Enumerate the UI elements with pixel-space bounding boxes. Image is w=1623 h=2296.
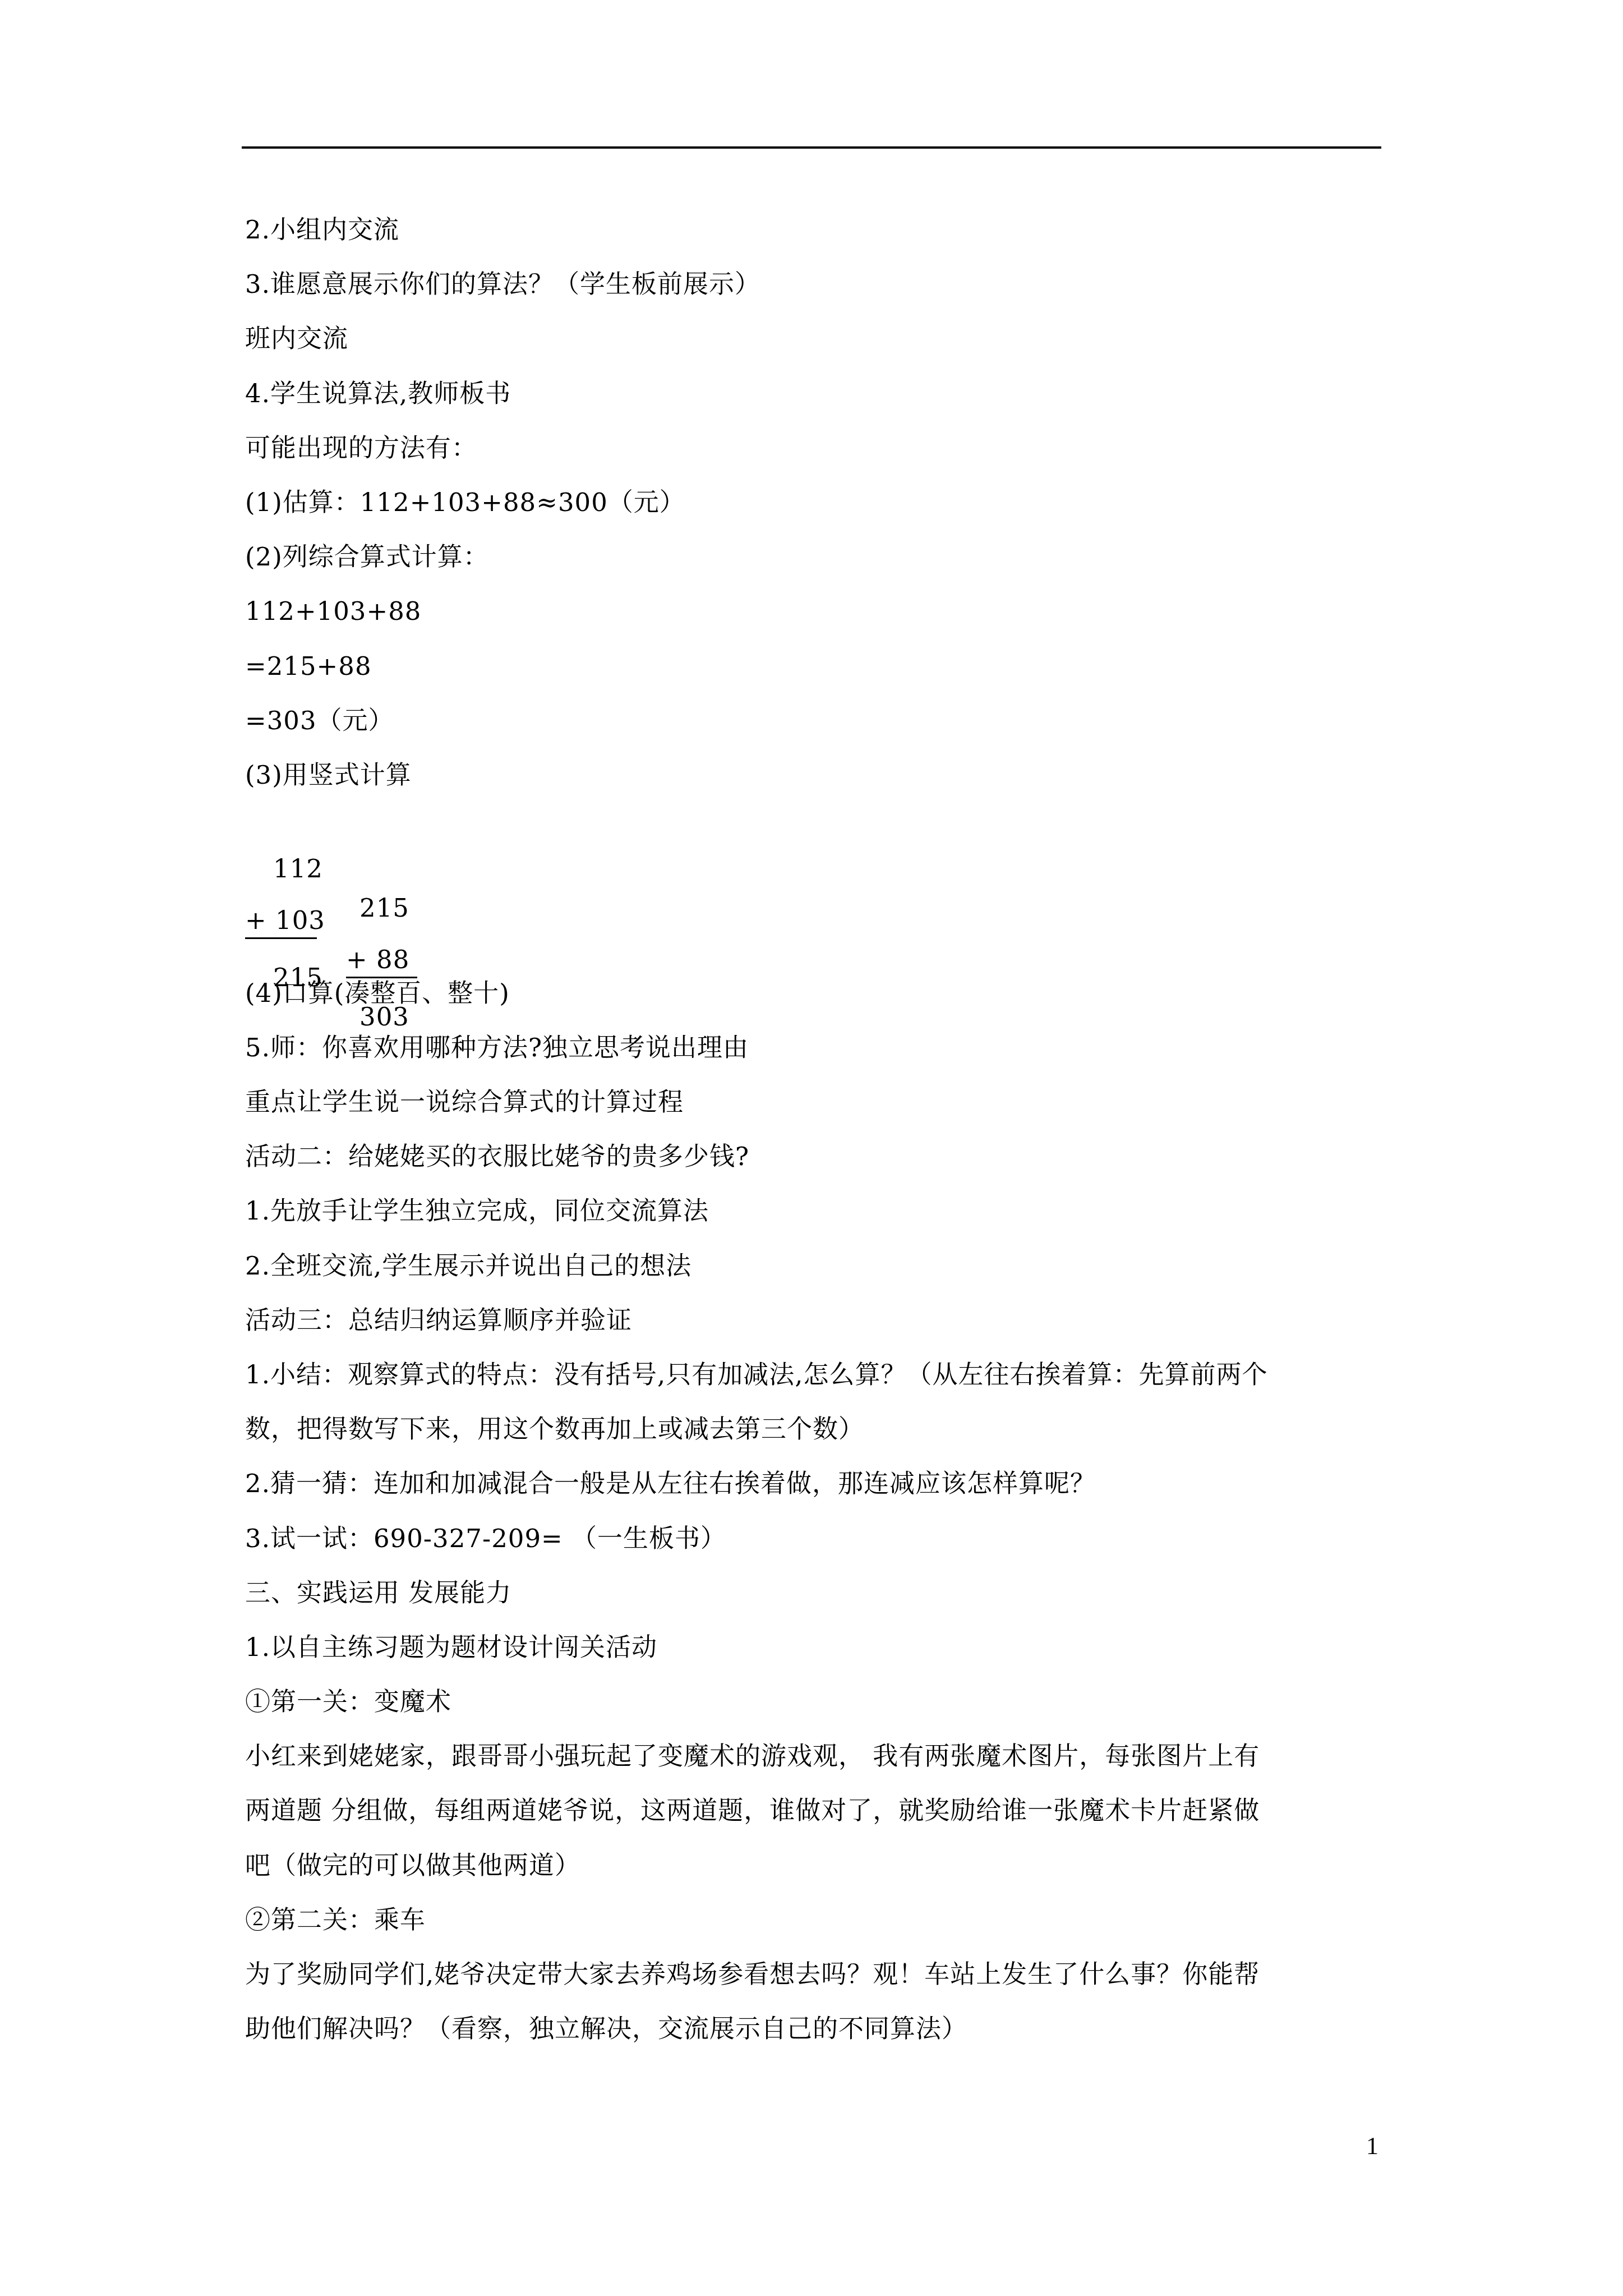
text-line: (2)列综合算式计算： [245,537,1384,592]
text-line: (3)用竖式计算 [245,756,1384,810]
text-line: 5.师：你喜欢用哪种方法?独立思考说出理由 [245,1028,1384,1083]
text-line: 重点让学生说一说综合算式的计算过程 [245,1083,1384,1137]
text-line: 2.全班交流,学生展示并说出自己的想法 [245,1246,1384,1301]
section-heading: 活动二：给姥姥买的衣服比姥爷的贵多少钱? [245,1137,1384,1191]
text-line: 为了奖励同学们,姥爷决定带大家去养鸡场参看想去吗？观！车站上发生了什么事？你能帮 [245,1955,1384,2009]
text-line: 可能出现的方法有： [245,429,1384,483]
text-line: 吧（做完的可以做其他两道） [245,1846,1384,1901]
section-heading: 活动三：总结归纳运算顺序并验证 [245,1301,1384,1355]
text-line: 1.以自主练习题为题材设计闯关活动 [245,1628,1384,1682]
text-line: ①第一关：变魔术 [245,1682,1384,1737]
header-rule [242,146,1381,149]
text-line: 小红来到姥姥家，跟哥哥小强玩起了变魔术的游戏观， 我有两张魔术图片，每张图片上有 [245,1737,1384,1791]
vcalc-result: 215 [273,958,323,997]
text-line: ②第二关：乘车 [245,1901,1384,1955]
vertical-calc-row-3: 215 303 [245,919,1384,973]
text-line: 112+103+88 [245,592,1384,646]
text-line: 2.猜一猜：连加和加减混合一般是从左往右挨着做，那连减应该怎样算呢？ [245,1464,1384,1519]
text-line: 数，把得数写下来，用这个数再加上或减去第三个数） [245,1410,1384,1464]
vertical-calc-row-1: 112 215 [245,810,1384,864]
text-line: 助他们解决吗？（看察，独立解决，交流展示自己的不同算法） [245,2009,1384,2064]
page-number: 1 [1366,2132,1378,2160]
document-body: 2.小组内交流 3.谁愿意展示你们的算法？（学生板前展示） 班内交流 4.学生说… [245,210,1384,2064]
text-line: (4)口算(凑整百、整十) [245,974,1384,1028]
text-line: 2.小组内交流 [245,210,1384,265]
text-line: 1.先放手让学生独立完成，同位交流算法 [245,1191,1384,1246]
text-line: 1.小结：观察算式的特点：没有括号,只有加减法,怎么算？（从左往右挨着算：先算前… [245,1355,1384,1410]
vertical-calc-row-2: + 103 + 88 [245,864,1384,919]
text-line: 3.试一试：690-327-209= （一生板书） [245,1519,1384,1573]
section-heading: 三、实践运用 发展能力 [245,1573,1384,1628]
text-line: =303（元） [245,701,1384,756]
text-line: 3.谁愿意展示你们的算法？（学生板前展示） [245,265,1384,319]
text-line: 两道题 分组做，每组两道姥爷说，这两道题，谁做对了，就奖励给谁一张魔术卡片赶紧做 [245,1791,1384,1846]
vcalc-result: 303 [359,997,409,1037]
text-line: 4.学生说算法,教师板书 [245,374,1384,429]
text-line: 班内交流 [245,319,1384,374]
text-line: =215+88 [245,647,1384,701]
text-line: (1)估算：112+103+88≈300（元） [245,483,1384,537]
